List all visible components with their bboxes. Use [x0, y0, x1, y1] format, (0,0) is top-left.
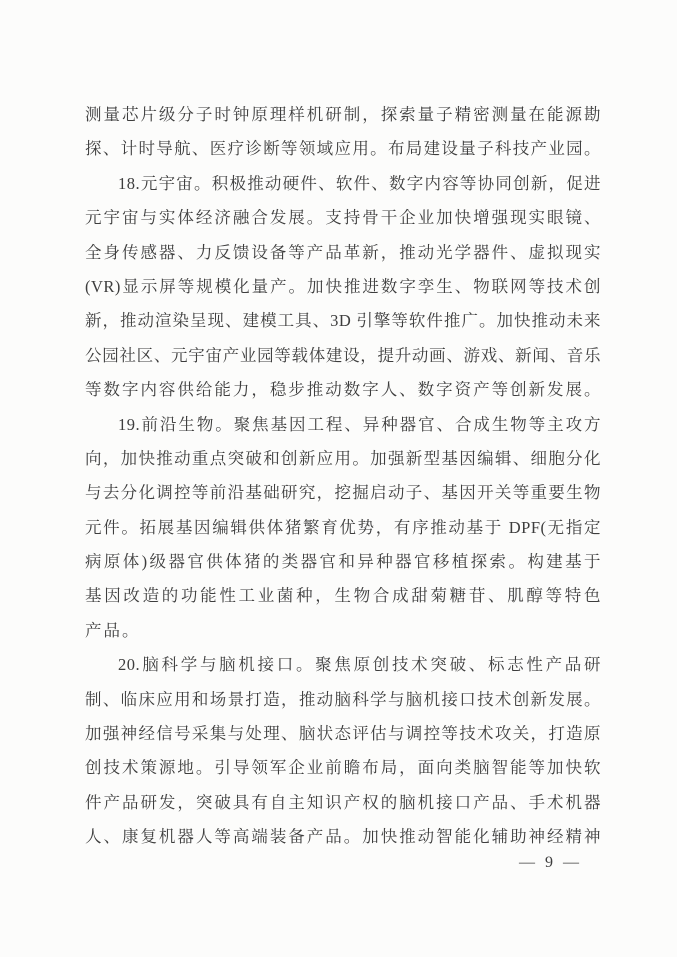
paragraph: 测量芯片级分子时钟原理样机研制，探索量子精密测量在能源勘探、计时导航、医疗诊断等… — [85, 98, 601, 167]
text-line: 向，加快推动重点突破和创新应用。加强新型基因编辑、细胞分化 — [85, 442, 601, 476]
text-line: 公园社区、元宇宙产业园等载体建设，提升动画、游戏、新闻、音乐 — [85, 339, 601, 373]
text-line: 元件。拓展基因编辑供体猪繁育优势，有序推动基于 DPF(无指定 — [85, 511, 601, 545]
text-line: 18.元宇宙。积极推动硬件、软件、数字内容等协同创新，促进 — [85, 167, 601, 201]
text-line: 基因改造的功能性工业菌种，生物合成甜菊糖苷、肌醇等特色 — [85, 579, 601, 613]
text-line: 加强神经信号采集与处理、脑状态评估与调控等技术攻关，打造原 — [85, 717, 601, 751]
paragraph: 20.脑科学与脑机接口。聚焦原创技术突破、标志性产品研制、临床应用和场景打造，推… — [85, 648, 601, 854]
text-line: 新，推动渲染呈现、建模工具、3D 引擎等软件推广。加快推动未来 — [85, 304, 601, 338]
text-line: 测量芯片级分子时钟原理样机研制，探索量子精密测量在能源勘 — [85, 98, 601, 132]
text-line: 等数字内容供给能力，稳步推动数字人、数字资产等创新发展。 — [85, 373, 601, 407]
text-line: 件产品研发，突破具有自主知识产权的脑机接口产品、手术机器 — [85, 786, 601, 820]
paragraph: 18.元宇宙。积极推动硬件、软件、数字内容等协同创新，促进元宇宙与实体经济融合发… — [85, 167, 601, 408]
page-number: — 9 — — [519, 854, 582, 872]
text-line: 探、计时导航、医疗诊断等领域应用。布局建设量子科技产业园。 — [85, 132, 601, 166]
text-line: 人、康复机器人等高端装备产品。加快推动智能化辅助神经精神 — [85, 820, 601, 854]
text-line: 元宇宙与实体经济融合发展。支持骨干企业加快增强现实眼镜、 — [85, 201, 601, 235]
text-line: 病原体)级器官供体猪的类器官和异种器官移植探索。构建基于 — [85, 545, 601, 579]
text-line: 20.脑科学与脑机接口。聚焦原创技术突破、标志性产品研 — [85, 648, 601, 682]
text-line: 19.前沿生物。聚焦基因工程、异种器官、合成生物等主攻方 — [85, 408, 601, 442]
paragraph: 19.前沿生物。聚焦基因工程、异种器官、合成生物等主攻方向，加快推动重点突破和创… — [85, 408, 601, 649]
document-page: 测量芯片级分子时钟原理样机研制，探索量子精密测量在能源勘探、计时导航、医疗诊断等… — [0, 0, 677, 957]
text-line: 制、临床应用和场景打造，推动脑科学与脑机接口技术创新发展。 — [85, 683, 601, 717]
text-line: 产品。 — [85, 614, 601, 648]
text-line: (VR)显示屏等规模化量产。加快推进数字孪生、物联网等技术创 — [85, 270, 601, 304]
text-line: 全身传感器、力反馈设备等产品革新，推动光学器件、虚拟现实 — [85, 236, 601, 270]
text-block: 测量芯片级分子时钟原理样机研制，探索量子精密测量在能源勘探、计时导航、医疗诊断等… — [85, 98, 601, 855]
text-line: 与去分化调控等前沿基础研究，挖掘启动子、基因开关等重要生物 — [85, 476, 601, 510]
text-line: 创技术策源地。引导领军企业前瞻布局，面向类脑智能等加快软 — [85, 751, 601, 785]
